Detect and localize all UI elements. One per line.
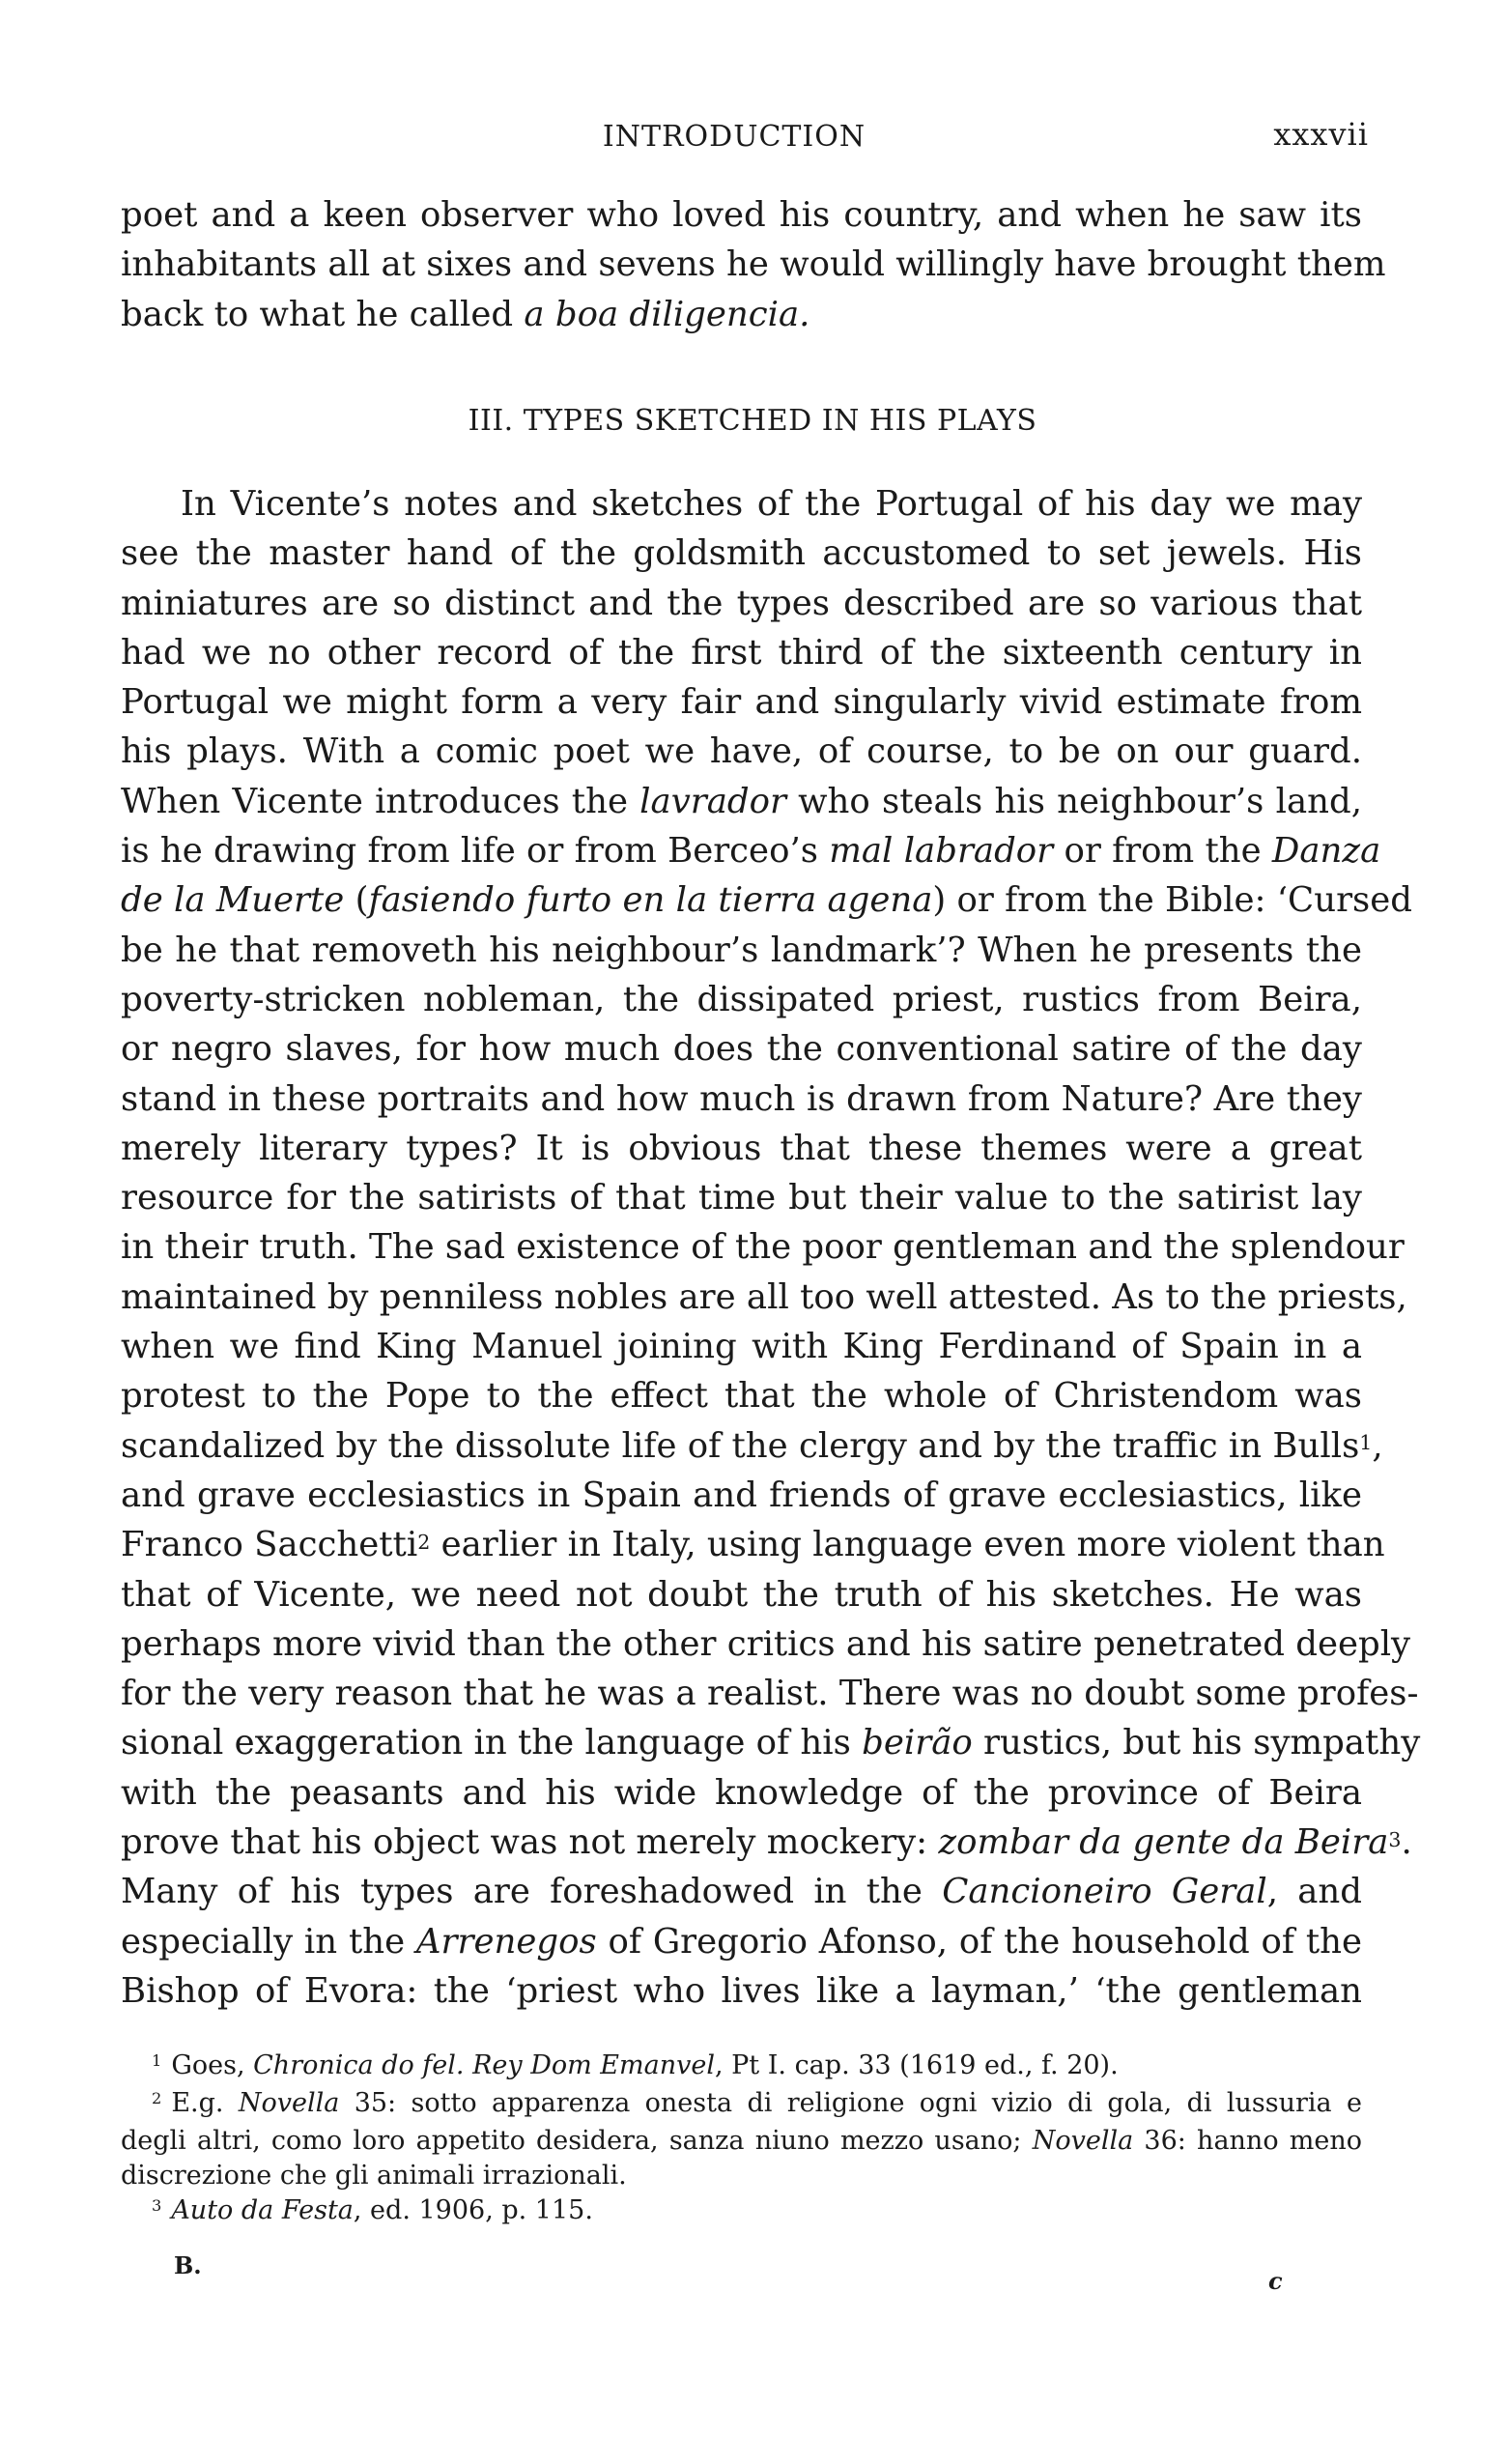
italic-text: Cancioneiro Geral xyxy=(942,1872,1267,1911)
italic-text: mal labrador xyxy=(829,831,1053,871)
text-line: poet and a keen observer who loved his c… xyxy=(121,190,1362,240)
footnote-number: 3 xyxy=(152,2196,161,2215)
footnotes: 1Goes, Chronica do fel. Rey Dom Emanvel,… xyxy=(121,2049,1362,2231)
text-line: his plays. With a comic poet we have, of… xyxy=(121,727,1362,776)
text-line: had we no other record of the first thir… xyxy=(121,628,1362,677)
italic-text: a boa diligencia. xyxy=(524,295,809,334)
text-line: poverty-stricken nobleman, the dissipate… xyxy=(121,975,1362,1024)
footnote-number: 2 xyxy=(152,2089,161,2107)
footnote-line: 2E.g. Novella 35: sotto apparenza onesta… xyxy=(121,2086,1362,2124)
page-number: xxxvii xyxy=(1248,116,1369,153)
footnote-ref[interactable]: 2 xyxy=(417,1531,430,1554)
text-line: be he that removeth his neighbour’s land… xyxy=(121,926,1362,975)
text-line: when we find King Manuel joining with Ki… xyxy=(121,1322,1362,1371)
text-line: Many of his types are foreshadowed in th… xyxy=(121,1867,1362,1916)
text-line: especially in the Arrenegos of Gregorio … xyxy=(121,1917,1362,1966)
text-line: prove that his object was not merely moc… xyxy=(121,1818,1362,1867)
text-line: is he drawing from life or from Berceo’s… xyxy=(121,826,1362,875)
text-line: Bishop of Evora: the ‘priest who lives l… xyxy=(121,1966,1362,2016)
footnote-ref[interactable]: 3 xyxy=(1388,1828,1401,1851)
italic-text: Novella xyxy=(239,2088,339,2118)
text-line: with the peasants and his wide knowledge… xyxy=(121,1768,1362,1818)
text-line: for the very reason that he was a realis… xyxy=(121,1669,1362,1718)
italic-text: beirão xyxy=(862,1723,973,1762)
text-line: back to what he called a boa diligencia. xyxy=(121,290,1362,339)
italic-text: Novella xyxy=(1033,2126,1133,2156)
signature-mark: B. xyxy=(174,2251,202,2279)
italic-text: zombar da gente da Beira xyxy=(938,1822,1388,1862)
text-line: Franco Sacchetti2 earlier in Italy, usin… xyxy=(121,1520,1362,1569)
text-line: and grave ecclesiastics in Spain and fri… xyxy=(121,1471,1362,1520)
text-line: When Vicente introduces the lavrador who… xyxy=(121,777,1362,826)
italic-text: lavrador xyxy=(639,782,786,821)
body-paragraph: In Vicente’s notes and sketches of the P… xyxy=(121,479,1362,2016)
text-line: in their truth. The sad existence of the… xyxy=(121,1222,1362,1272)
text-line: that of Vicente, we need not doubt the t… xyxy=(121,1570,1362,1619)
italic-text: Auto da Festa xyxy=(171,2195,354,2225)
footnote-ref[interactable]: 1 xyxy=(1359,1431,1372,1454)
text-line: de la Muerte (fasiendo furto en la tierr… xyxy=(121,875,1362,925)
text-line: resource for the satirists of that time … xyxy=(121,1173,1362,1222)
text-line: In Vicente’s notes and sketches of the P… xyxy=(121,479,1362,529)
footnote-line: discrezione che gli animali irrazionali. xyxy=(121,2159,1362,2193)
text-line: or negro slaves, for how much does the c… xyxy=(121,1024,1362,1074)
text-line: stand in these portraits and how much is… xyxy=(121,1074,1362,1124)
footnote-line: 3Auto da Festa, ed. 1906, p. 115. xyxy=(121,2193,1362,2231)
text-line: maintained by penniless nobles are all t… xyxy=(121,1273,1362,1322)
text-line: sional exaggeration in the language of h… xyxy=(121,1718,1362,1767)
italic-text: de la Muerte xyxy=(121,880,344,920)
text-line: perhaps more vivid than the other critic… xyxy=(121,1619,1362,1669)
text-line: protest to the Pope to the effect that t… xyxy=(121,1371,1362,1420)
italic-text: Chronica do fel. Rey Dom Emanvel xyxy=(253,2050,715,2080)
continuation-paragraph: poet and a keen observer who loved his c… xyxy=(121,190,1362,339)
italic-text: Danza xyxy=(1272,831,1380,871)
text-line: inhabitants all at sixes and sevens he w… xyxy=(121,240,1362,289)
footnote-line: 1Goes, Chronica do fel. Rey Dom Emanvel,… xyxy=(121,2049,1362,2086)
italic-text: Arrenegos xyxy=(416,1922,597,1962)
footnote-line: degli altri, como loro appetito desidera… xyxy=(121,2124,1362,2159)
running-title: INTRODUCTION xyxy=(580,120,889,154)
sheet-mark: c xyxy=(1268,2267,1283,2295)
text-line: Portugal we might form a very fair and s… xyxy=(121,677,1362,727)
footnote-number: 1 xyxy=(152,2051,161,2070)
italic-text: fasiendo furto en la tierra agena xyxy=(368,880,932,920)
text-line: scandalized by the dissolute life of the… xyxy=(121,1421,1362,1471)
page-header: INTRODUCTION xxxvii xyxy=(0,114,1505,162)
text-line: miniatures are so distinct and the types… xyxy=(121,579,1362,628)
section-heading: III. TYPES SKETCHED IN HIS PLAYS xyxy=(0,404,1505,438)
text-line: merely literary types? It is obvious tha… xyxy=(121,1124,1362,1173)
text-line: see the master hand of the goldsmith acc… xyxy=(121,529,1362,578)
